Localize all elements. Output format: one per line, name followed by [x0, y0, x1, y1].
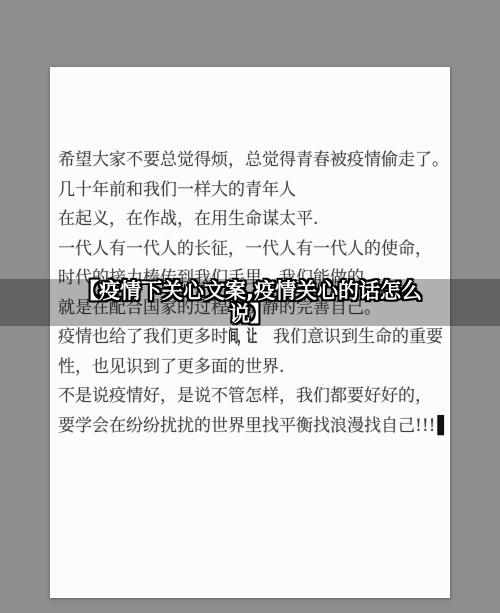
- overlay-title-line2: 说】: [229, 303, 271, 326]
- title-overlay-band: 【疫情下关心文案,疫情关心的话怎么 说】: [0, 279, 500, 326]
- text-segment: 我们意识到生命的重要: [273, 327, 443, 347]
- text-line: 不是说疫情好，是说不管怎样，我们都要好好的，: [58, 382, 444, 412]
- text-segment: 要学会在纷纷扰扰的世界里找平衡找浪漫找自己!!!: [58, 416, 436, 436]
- text-line: 在起义，在作战，在用生命谋太平.: [58, 205, 444, 235]
- text-line: 几十年前和我们一样大的青年人: [58, 176, 444, 206]
- text-line: 一代人有一代人的长征，一代人有一代人的使命，: [58, 235, 444, 265]
- app-background: 希望大家不要总觉得烦，总觉得青春被疫情偷走了。 几十年前和我们一样大的青年人 在…: [0, 0, 500, 613]
- text-line-garbled: 疫情也给了我们更多时间，让我们意识到生命的重要: [58, 323, 444, 353]
- text-line: 要学会在纷纷扰扰的世界里找平衡找浪漫找自己!!!▌: [58, 412, 444, 442]
- text-line: 性，也见识到了更多面的世界.: [58, 353, 444, 383]
- document-page: 希望大家不要总觉得烦，总觉得青春被疫情偷走了。 几十年前和我们一样大的青年人 在…: [50, 67, 450, 598]
- text-segment-squished: 间，让: [228, 323, 256, 353]
- text-segment: 疫情也给了我们更多时: [58, 327, 228, 347]
- text-line: 希望大家不要总觉得烦，总觉得青春被疫情偷走了。: [58, 146, 444, 176]
- overlay-title-line1: 【疫情下关心文案,疫情关心的话怎么: [78, 280, 422, 303]
- text-cursor-icon: ▌: [438, 412, 451, 442]
